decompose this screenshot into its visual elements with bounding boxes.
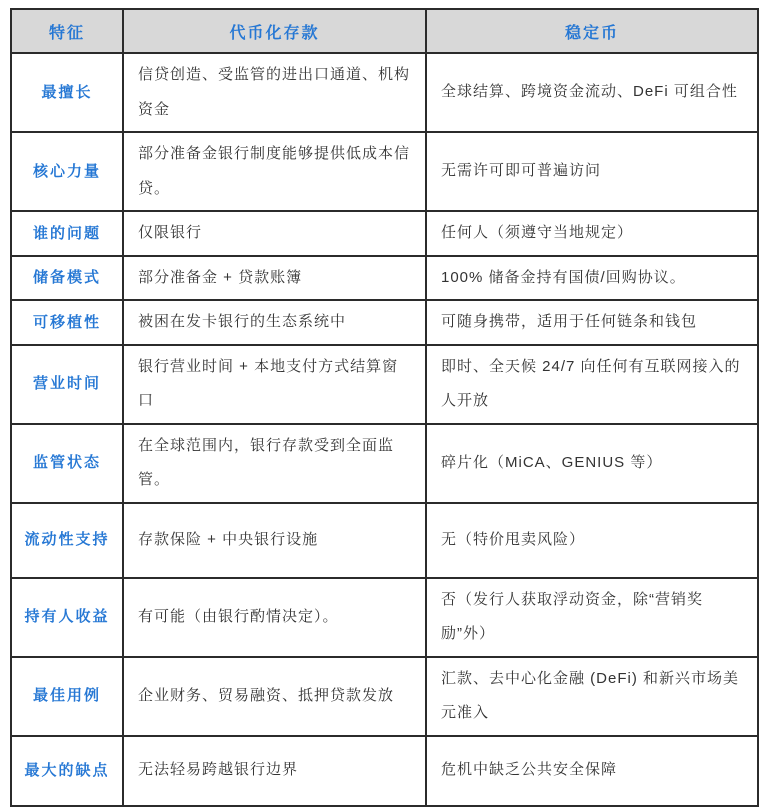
table-row: 储备模式 部分准备金 + 贷款账簿 100% 储备金持有国债/回购协议。 [11, 256, 758, 301]
tokenized-deposit-cell: 无法轻易跨越银行边界 [123, 736, 426, 806]
table-row: 持有人收益 有可能（由银行酌情决定）。 否（发行人获取浮动资金，除“营销奖励”外… [11, 578, 758, 657]
feature-cell: 流动性支持 [11, 503, 123, 578]
feature-cell: 谁的问题 [11, 211, 123, 256]
stablecoin-cell: 碎片化（MiCA、GENIUS 等） [426, 424, 758, 503]
table-row: 营业时间 银行营业时间 + 本地支付方式结算窗口 即时、全天候 24/7 向任何… [11, 345, 758, 424]
table-row: 最大的缺点 无法轻易跨越银行边界 危机中缺乏公共安全保障 [11, 736, 758, 806]
table-row: 最擅长 信贷创造、受监管的进出口通道、机构资金 全球结算、跨境资金流动、DeFi… [11, 53, 758, 132]
tokenized-deposit-cell: 银行营业时间 + 本地支付方式结算窗口 [123, 345, 426, 424]
feature-cell: 核心力量 [11, 132, 123, 211]
comparison-table: 特征 代币化存款 稳定币 最擅长 信贷创造、受监管的进出口通道、机构资金 全球结… [10, 8, 759, 807]
header-row: 特征 代币化存款 稳定币 [11, 9, 758, 53]
table-row: 核心力量 部分准备金银行制度能够提供低成本信贷。 无需许可即可普遍访问 [11, 132, 758, 211]
tokenized-deposit-cell: 部分准备金 + 贷款账簿 [123, 256, 426, 301]
column-header-feature: 特征 [11, 9, 123, 53]
tokenized-deposit-cell: 部分准备金银行制度能够提供低成本信贷。 [123, 132, 426, 211]
feature-cell: 最大的缺点 [11, 736, 123, 806]
tokenized-deposit-cell: 在全球范围内，银行存款受到全面监管。 [123, 424, 426, 503]
table-row: 可移植性 被困在发卡银行的生态系统中 可随身携带，适用于任何链条和钱包 [11, 300, 758, 345]
feature-cell: 最擅长 [11, 53, 123, 132]
stablecoin-cell: 无需许可即可普遍访问 [426, 132, 758, 211]
feature-cell: 储备模式 [11, 256, 123, 301]
comparison-table-container: 特征 代币化存款 稳定币 最擅长 信贷创造、受监管的进出口通道、机构资金 全球结… [10, 8, 757, 807]
stablecoin-cell: 无（特价甩卖风险） [426, 503, 758, 578]
stablecoin-cell: 任何人（须遵守当地规定） [426, 211, 758, 256]
stablecoin-cell: 全球结算、跨境资金流动、DeFi 可组合性 [426, 53, 758, 132]
feature-cell: 营业时间 [11, 345, 123, 424]
tokenized-deposit-cell: 信贷创造、受监管的进出口通道、机构资金 [123, 53, 426, 132]
stablecoin-cell: 汇款、去中心化金融 (DeFi) 和新兴市场美元准入 [426, 657, 758, 736]
tokenized-deposit-cell: 被困在发卡银行的生态系统中 [123, 300, 426, 345]
tokenized-deposit-cell: 企业财务、贸易融资、抵押贷款发放 [123, 657, 426, 736]
feature-cell: 可移植性 [11, 300, 123, 345]
column-header-stablecoin: 稳定币 [426, 9, 758, 53]
tokenized-deposit-cell: 有可能（由银行酌情决定）。 [123, 578, 426, 657]
table-row: 监管状态 在全球范围内，银行存款受到全面监管。 碎片化（MiCA、GENIUS … [11, 424, 758, 503]
stablecoin-cell: 否（发行人获取浮动资金，除“营销奖励”外） [426, 578, 758, 657]
tokenized-deposit-cell: 仅限银行 [123, 211, 426, 256]
feature-cell: 最佳用例 [11, 657, 123, 736]
feature-cell: 持有人收益 [11, 578, 123, 657]
stablecoin-cell: 100% 储备金持有国债/回购协议。 [426, 256, 758, 301]
stablecoin-cell: 危机中缺乏公共安全保障 [426, 736, 758, 806]
table-row: 谁的问题 仅限银行 任何人（须遵守当地规定） [11, 211, 758, 256]
stablecoin-cell: 可随身携带，适用于任何链条和钱包 [426, 300, 758, 345]
stablecoin-cell: 即时、全天候 24/7 向任何有互联网接入的人开放 [426, 345, 758, 424]
tokenized-deposit-cell: 存款保险 + 中央银行设施 [123, 503, 426, 578]
feature-cell: 监管状态 [11, 424, 123, 503]
table-row: 最佳用例 企业财务、贸易融资、抵押贷款发放 汇款、去中心化金融 (DeFi) 和… [11, 657, 758, 736]
table-row: 流动性支持 存款保险 + 中央银行设施 无（特价甩卖风险） [11, 503, 758, 578]
column-header-tokenized-deposit: 代币化存款 [123, 9, 426, 53]
